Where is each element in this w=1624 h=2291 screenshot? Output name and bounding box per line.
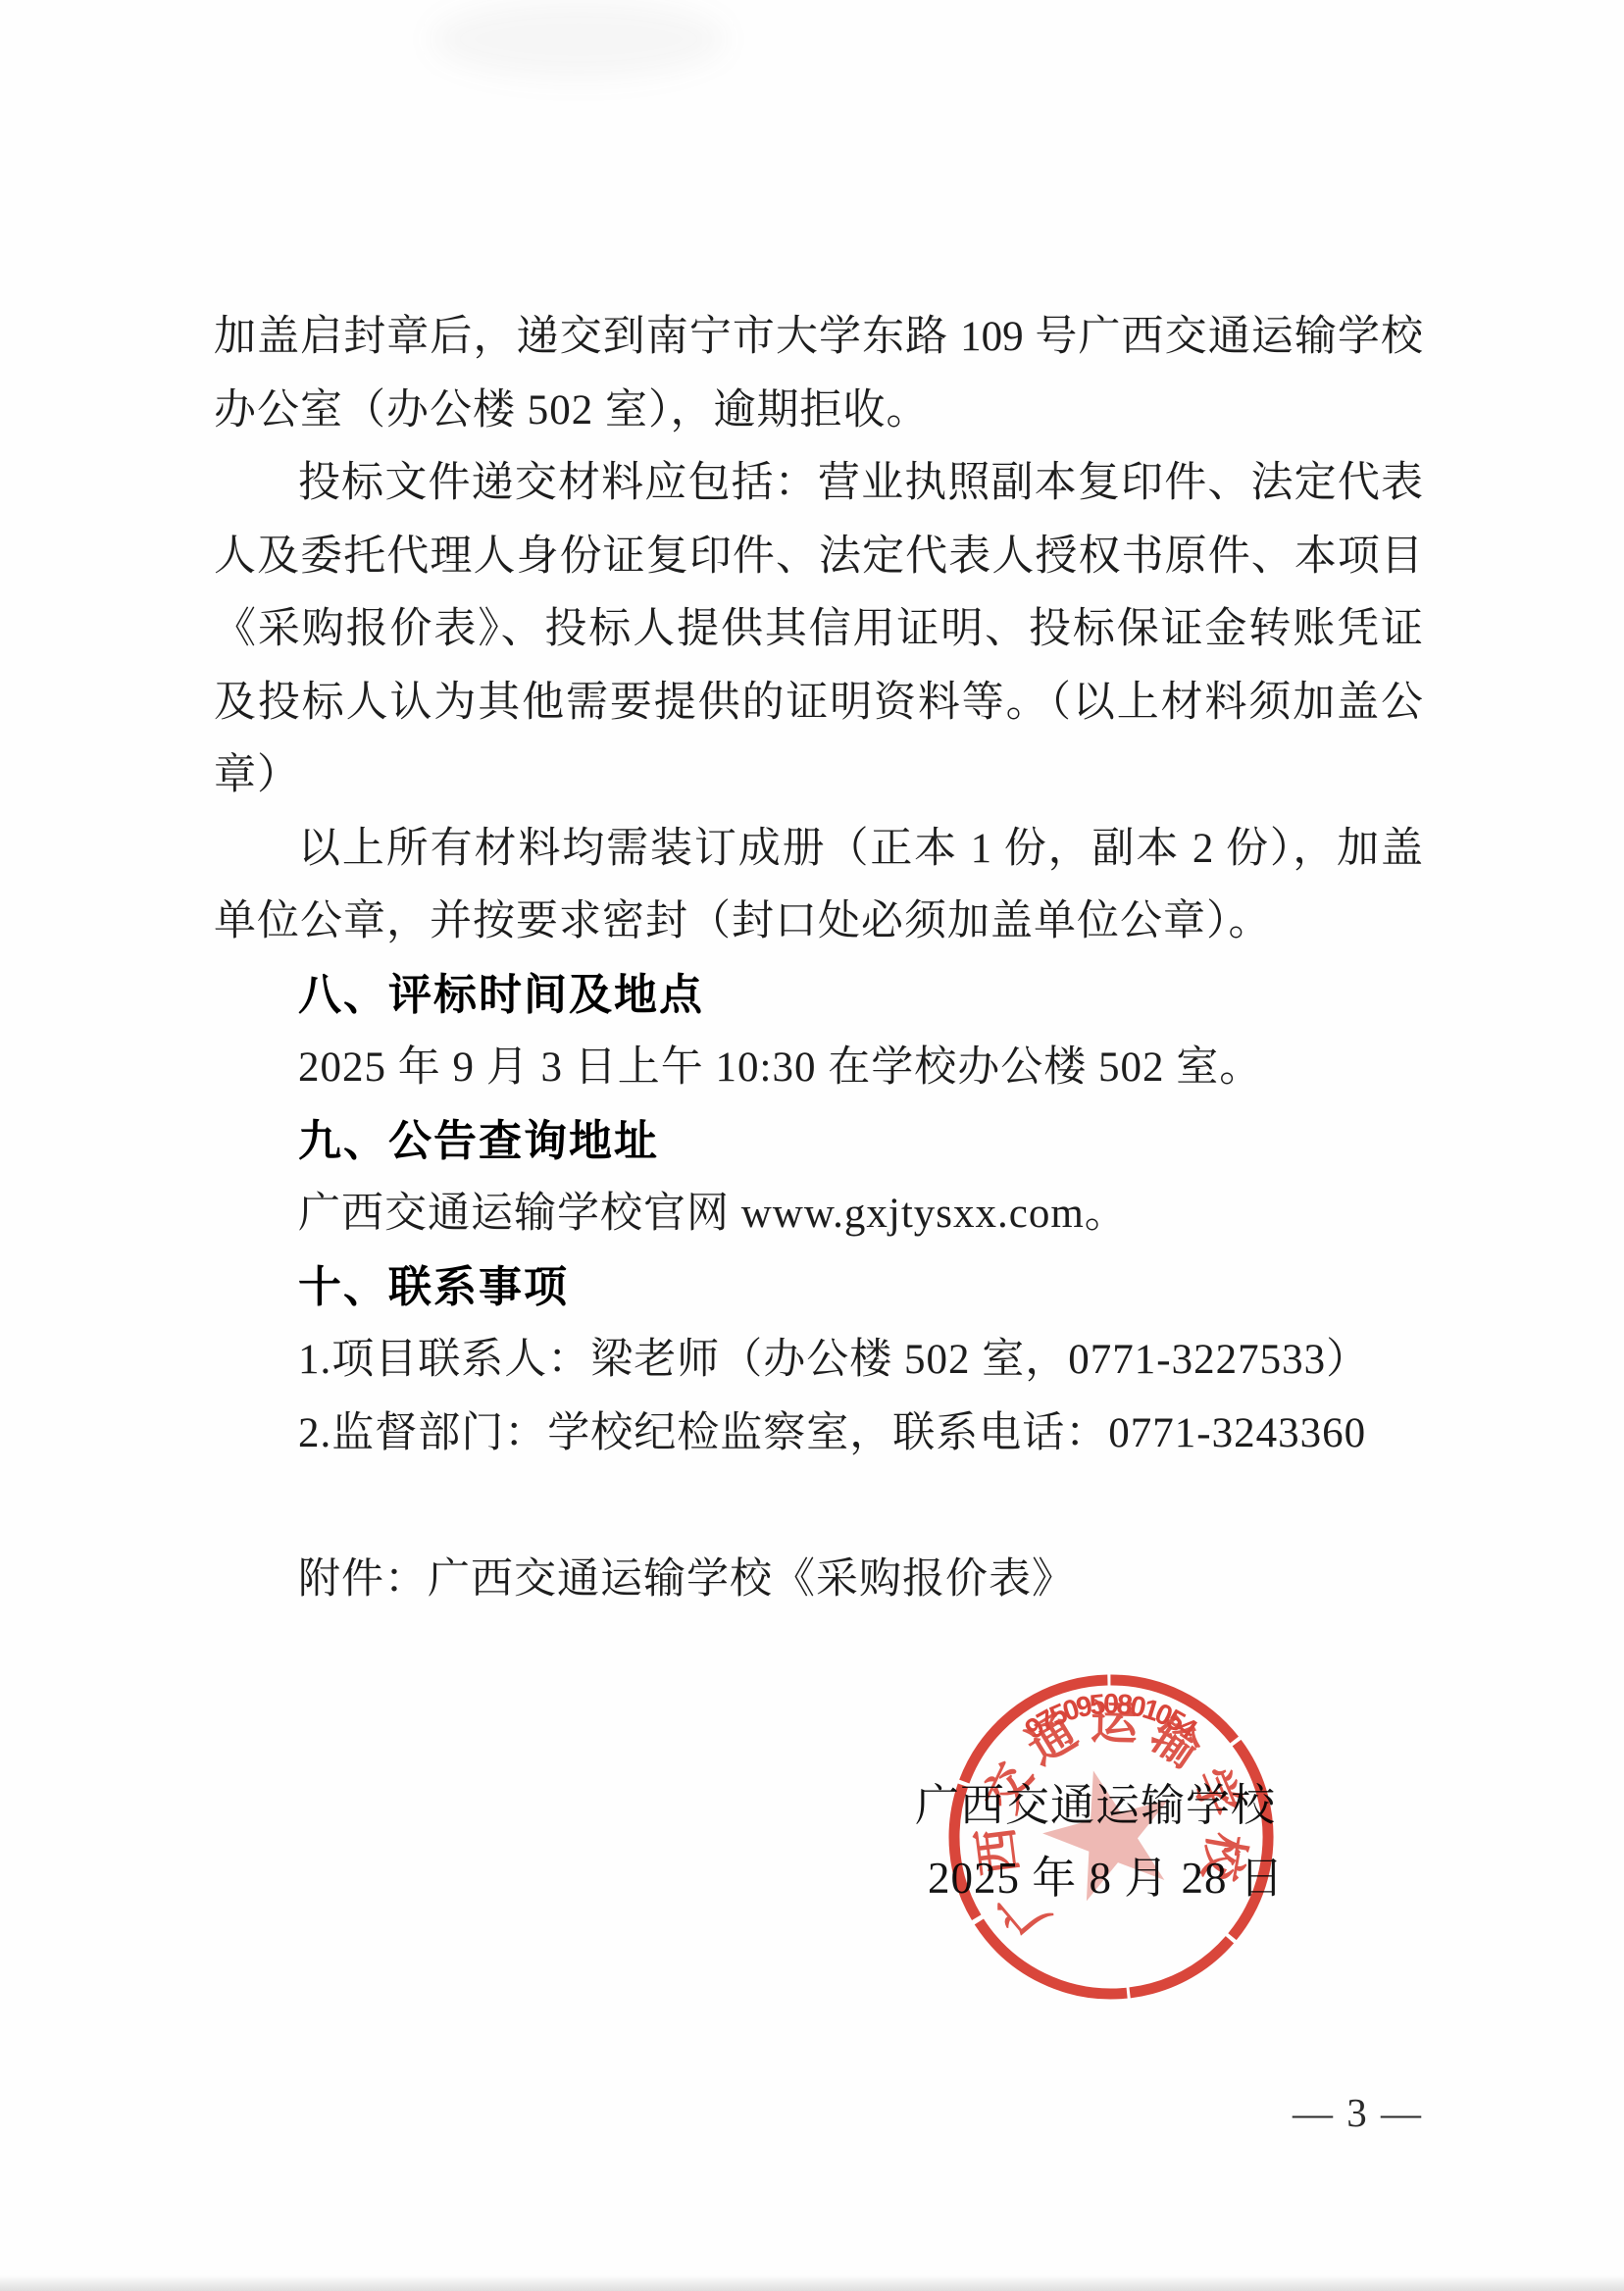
svg-text:交: 交 [976, 1756, 1043, 1820]
document-line: 2.监督部门：学校纪检监察室，联系电话：0771-3243360 [214, 1398, 1423, 1471]
section-heading: 十、联系事项 [214, 1251, 1423, 1325]
scanned-document-page: 加盖启封章后，递交到南宁市大学东路 109 号广西交通运输学校办公室（办公楼 5… [0, 0, 1624, 2291]
document-body: 加盖启封章后，递交到南宁市大学东路 109 号广西交通运输学校办公室（办公楼 5… [214, 301, 1423, 1616]
document-line: 及投标人认为其他需要提供的证明资料等。（以上材料须加盖公 [214, 667, 1423, 740]
document-line: 广西交通运输学校官网 www.gxjtysxx.com。 [214, 1178, 1423, 1251]
document-line: 加盖启封章后，递交到南宁市大学东路 109 号广西交通运输学校 [214, 301, 1423, 375]
document-line: 《采购报价表》、投标人提供其信用证明、投标保证金转账凭证 [214, 593, 1423, 667]
document-line: 办公室（办公楼 502 室），逾期拒收。 [214, 375, 1423, 448]
section-heading: 八、评标时间及地点 [214, 959, 1423, 1033]
svg-text:校: 校 [1193, 1829, 1252, 1885]
svg-text:西: 西 [970, 1824, 1028, 1877]
official-seal-stamp: 广西交通运输学校 4501080590579 [935, 1660, 1288, 2013]
scan-artifact [431, 0, 726, 78]
document-line: 人及委托代理人身份证复印件、法定代表人授权书原件、本项目 [214, 521, 1423, 594]
document-line: 单位公章，并按要求密封（封口处必须加盖单位公章）。 [214, 886, 1423, 959]
document-line: 1.项目联系人：梁老师（办公楼 502 室，0771-3227533） [214, 1324, 1423, 1398]
svg-text:学: 学 [1183, 1761, 1248, 1825]
section-heading: 九、公告查询地址 [214, 1105, 1423, 1179]
page-number: — 3 — [1293, 2089, 1423, 2136]
document-line: 投标文件递交材料应包括：营业执照副本复印件、法定代表 [214, 447, 1423, 521]
document-line: 2025 年 9 月 3 日上午 10:30 在学校办公楼 502 室。 [214, 1032, 1423, 1105]
document-line: 章） [214, 739, 1423, 813]
svg-text:广: 广 [990, 1875, 1059, 1945]
document-line: 附件：广西交通运输学校《采购报价表》 [214, 1544, 1423, 1617]
seal-star-icon [1031, 1754, 1189, 1908]
document-line: 以上所有材料均需装订成册（正本 1 份，副本 2 份），加盖 [214, 813, 1423, 887]
scan-artifact [0, 2275, 1624, 2291]
